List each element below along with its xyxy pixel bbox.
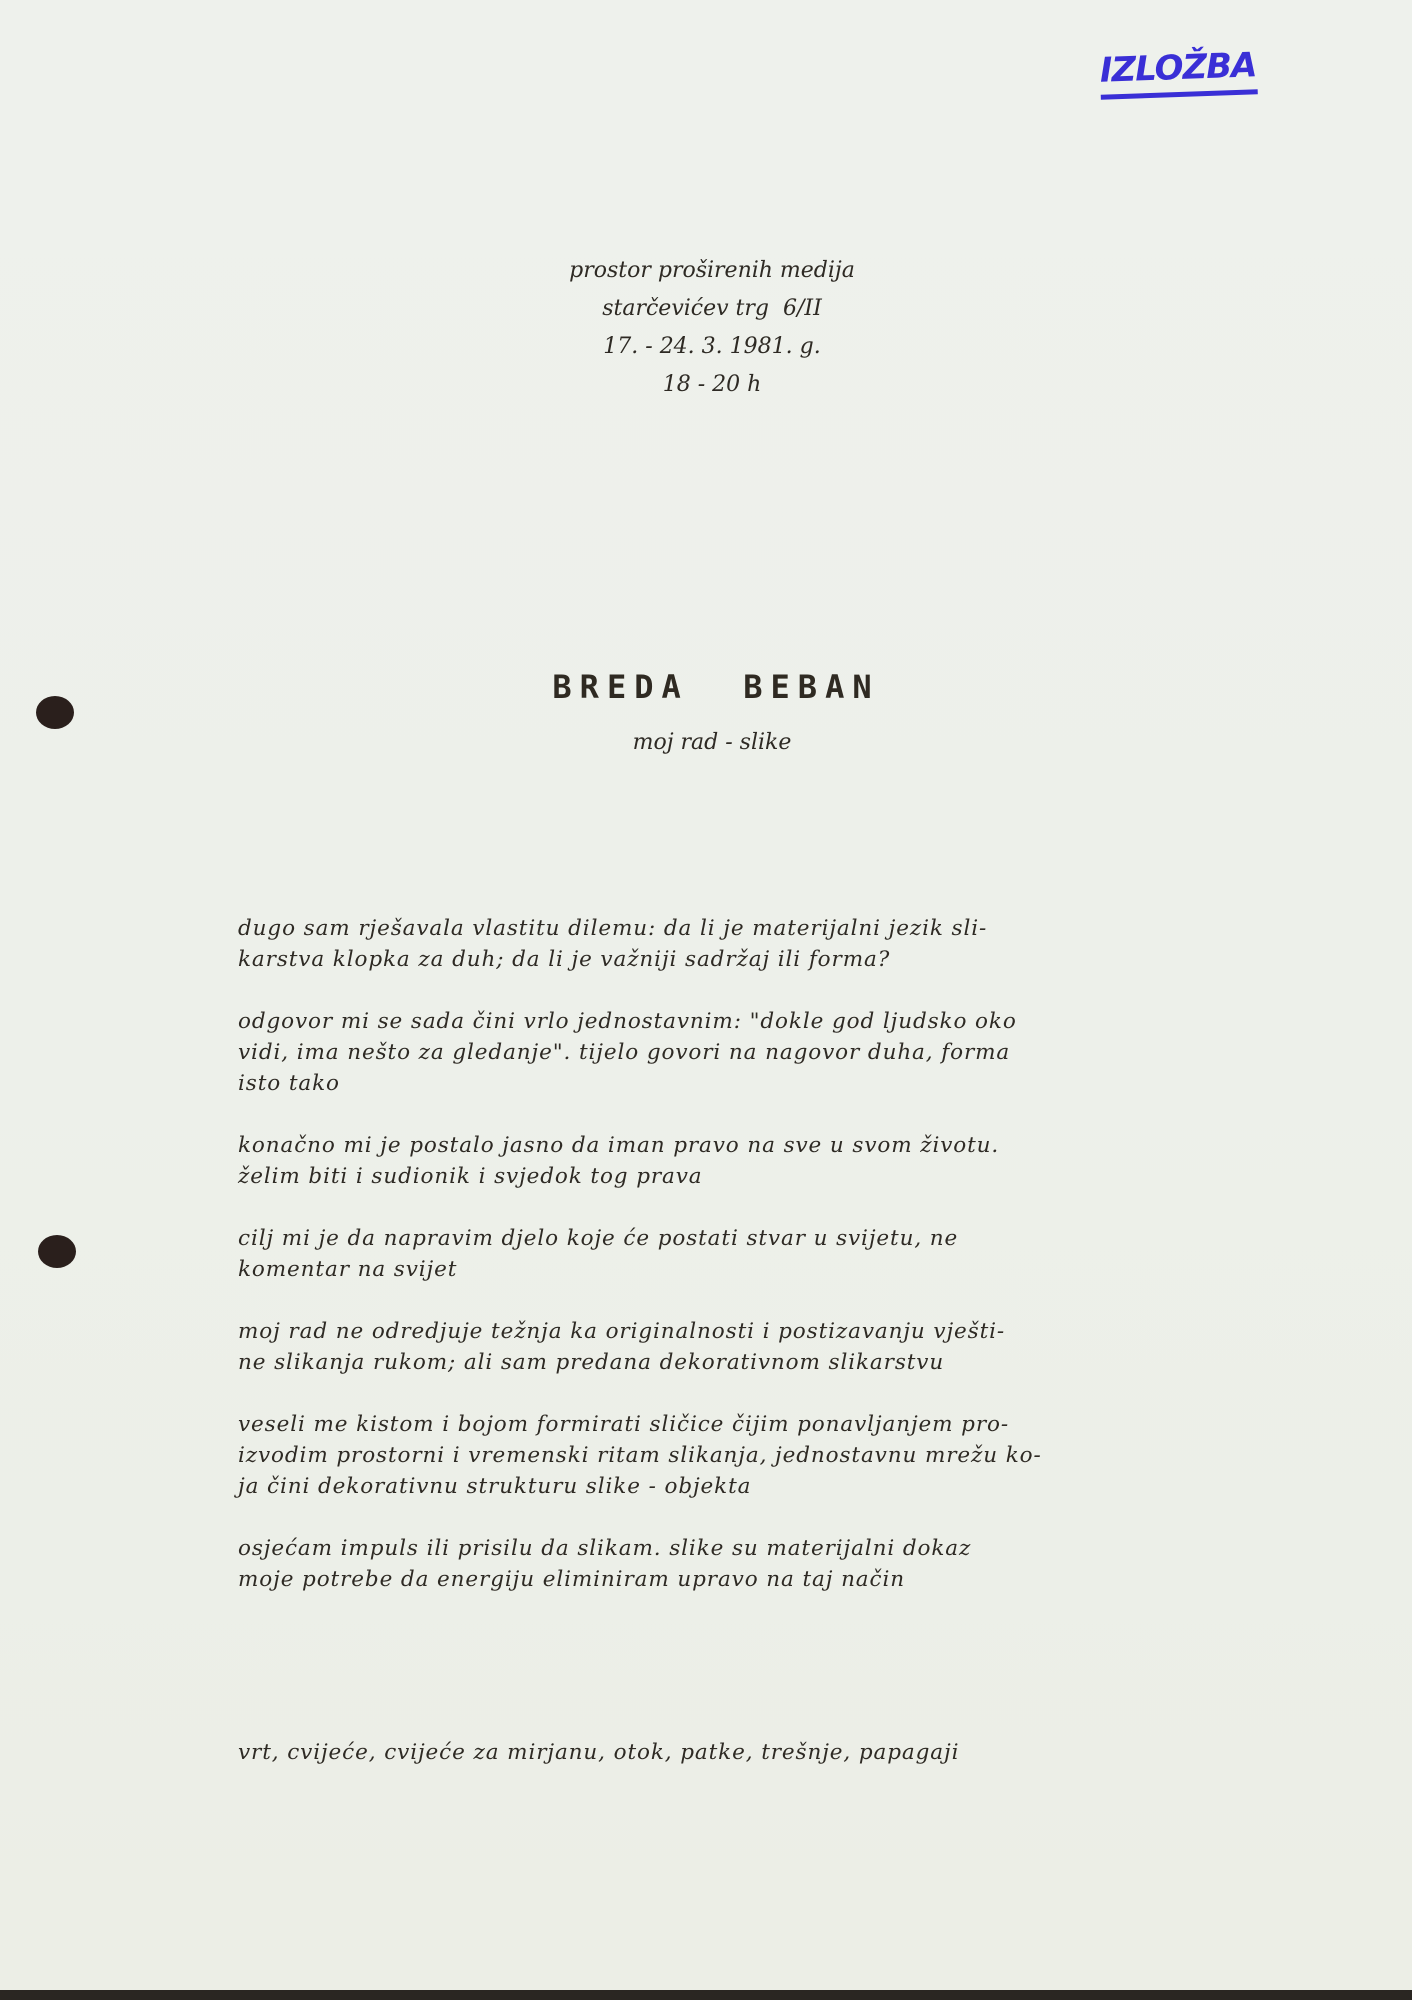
venue-name: prostor proširenih medija [12,252,1412,290]
text-line: karstva klopka za duh; da li je važniji … [238,944,1218,975]
text-line: isto tako [238,1068,1218,1099]
exhibition-subtitle: moj rad - slike [0,730,1412,755]
artist-name: BREDA BEBAN [0,668,1412,706]
venue-header: prostor proširenih medija starčevićev tr… [0,252,1412,404]
statement-paragraph: osjećam impuls ili prisilu da slikam. sl… [238,1533,1218,1595]
venue-address: starčevićev trg 6/II [12,290,1412,328]
exhibition-dates: 17. - 24. 3. 1981. g. [12,328,1412,366]
text-line: ja čini dekorativnu strukturu slike - ob… [238,1471,1218,1502]
punch-hole-icon [38,1235,76,1268]
handwritten-stamp: IZLOŽBA [1099,45,1257,99]
document-page: IZLOŽBA prostor proširenih medija starče… [0,0,1412,1990]
statement-paragraph: odgovor mi se sada čini vrlo jednostavni… [238,1006,1218,1099]
text-line: želim biti i sudionik i svjedok tog prav… [238,1161,1218,1192]
text-line: moje potrebe da energiju eliminiram upra… [238,1564,1218,1595]
text-line: konačno mi je postalo jasno da iman prav… [238,1130,1218,1161]
text-line: ne slikanja rukom; ali sam predana dekor… [238,1347,1218,1378]
text-line: odgovor mi se sada čini vrlo jednostavni… [238,1006,1218,1037]
statement-paragraph: konačno mi je postalo jasno da iman prav… [238,1130,1218,1192]
text-line: moj rad ne odredjuje težnja ka originaln… [238,1316,1218,1347]
text-line: veseli me kistom i bojom formirati sliči… [238,1409,1218,1440]
text-line: komentar na svijet [238,1254,1218,1285]
exhibition-hours: 18 - 20 h [12,366,1412,404]
scan-edge [0,1990,1412,2000]
punch-hole-icon [36,696,74,729]
statement-paragraph: cilj mi je da napravim djelo koje će pos… [238,1223,1218,1285]
statement-paragraph: dugo sam rješavala vlastitu dilemu: da l… [238,913,1218,975]
statement-body: dugo sam rješavala vlastitu dilemu: da l… [238,913,1218,1626]
statement-paragraph: moj rad ne odredjuje težnja ka originaln… [238,1316,1218,1378]
works-list: vrt, cvijeće, cvijeće za mirjanu, otok, … [238,1740,959,1765]
text-line: izvodim prostorni i vremenski ritam slik… [238,1440,1218,1471]
text-line: vidi, ima nešto za gledanje". tijelo gov… [238,1037,1218,1068]
text-line: osjećam impuls ili prisilu da slikam. sl… [238,1533,1218,1564]
statement-paragraph: veseli me kistom i bojom formirati sliči… [238,1409,1218,1502]
text-line: cilj mi je da napravim djelo koje će pos… [238,1223,1218,1254]
text-line: dugo sam rješavala vlastitu dilemu: da l… [238,913,1218,944]
